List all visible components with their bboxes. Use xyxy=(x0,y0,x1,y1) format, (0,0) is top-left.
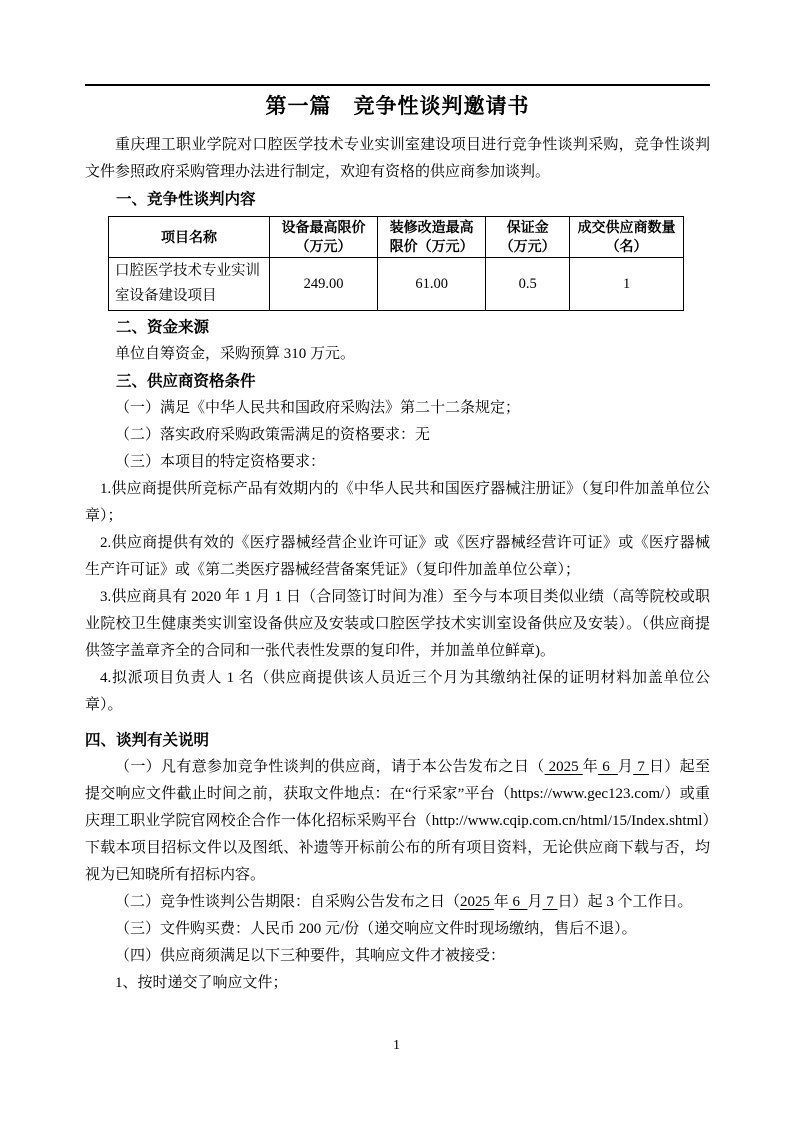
notice-text: （二）竞争性谈判公告期限：自采购公告发布之日（ xyxy=(115,894,460,910)
page-title: 第一篇 竞争性谈判邀请书 xyxy=(85,92,710,122)
qualification-item-5: 2.供应商提供有效的《医疗器械经营企业许可证》或《医疗器械经营许可证》或《医疗器… xyxy=(85,530,710,584)
page-number: 1 xyxy=(0,1036,793,1056)
header-equipment-max-price: 设备最高限价 （万元） xyxy=(270,217,378,258)
document-page: 第一篇 竞争性谈判邀请书 重庆理工职业学院对口腔医学技术专业实训室建设项目进行竞… xyxy=(0,0,793,1122)
qualification-item-3: （三）本项目的特定资格要求： xyxy=(85,449,710,476)
header-deposit: 保证金 （万元） xyxy=(486,217,570,258)
blank-month: 6 xyxy=(509,894,528,910)
negotiation-table-wrapper: 项目名称 设备最高限价 （万元） 装修改造最高 限价（万元） 保证金 （万元） xyxy=(108,216,684,311)
qualification-item-4: 1.供应商提供所竞标产品有效期内的《中华人民共和国医疗器械注册证》（复印件加盖单… xyxy=(85,476,710,530)
qualification-item-2: （二）落实政府采购政策需满足的资格要求：无 xyxy=(85,422,710,449)
blank-day: 7 xyxy=(543,894,558,910)
cell-supplier-count: 1 xyxy=(570,258,684,311)
notice-item-1: （一）凡有意参加竞争性谈判的供应商，请于本公告发布之日（ 2025 年 6 月 … xyxy=(85,754,710,889)
blank-year: 2025 xyxy=(545,759,583,775)
negotiation-table: 项目名称 设备最高限价 （万元） 装修改造最高 限价（万元） 保证金 （万元） xyxy=(108,216,684,311)
notice-text: 日）起至提交响应文件截止时间之前，获取文件地点：在“行采家”平台（https:/… xyxy=(85,759,710,883)
header-line: 装修改造最高 xyxy=(380,218,483,237)
cell-equipment-max-price: 249.00 xyxy=(270,258,378,311)
section-3-heading: 三、供应商资格条件 xyxy=(85,368,710,395)
header-line: （万元） xyxy=(272,237,375,256)
header-line: （名） xyxy=(572,237,681,256)
section-4-heading: 四、谈判有关说明 xyxy=(85,727,710,754)
notice-item-5: 1、按时递交了响应文件； xyxy=(85,970,710,997)
funding-source-text: 单位自筹资金，采购预算 310 万元。 xyxy=(85,341,710,368)
header-rule xyxy=(85,84,710,86)
table-header-row: 项目名称 设备最高限价 （万元） 装修改造最高 限价（万元） 保证金 （万元） xyxy=(109,217,684,258)
header-line: 项目名称 xyxy=(111,228,267,247)
header-project-name: 项目名称 xyxy=(109,217,270,258)
blank-year: 2025 xyxy=(460,894,494,910)
qualification-item-1: （一）满足《中华人民共和国政府采购法》第二十二条规定； xyxy=(85,395,710,422)
year-label: 年 xyxy=(494,894,509,910)
intro-paragraph: 重庆理工职业学院对口腔医学技术专业实训室建设项目进行竞争性谈判采购，竞争性谈判文… xyxy=(85,132,710,186)
cell-renovation-max-price: 61.00 xyxy=(378,258,486,311)
qualification-item-6: 3.供应商具有 2020 年 1 月 1 日（合同签订时间为准）至今与本项目类似… xyxy=(85,584,710,665)
month-label: 月 xyxy=(528,894,543,910)
cell-deposit: 0.5 xyxy=(486,258,570,311)
notice-text: （一）凡有意参加竞争性谈判的供应商，请于本公告发布之日（ xyxy=(115,759,545,775)
section-2-heading: 二、资金来源 xyxy=(85,314,710,341)
cell-project-name: 口腔医学技术专业实训室设备建设项目 xyxy=(109,258,270,311)
header-line: 限价（万元） xyxy=(380,237,483,256)
section-1-heading: 一、竞争性谈判内容 xyxy=(85,186,710,213)
header-line: 保证金 xyxy=(488,218,567,237)
qualification-item-7: 4.拟派项目负责人 1 名（供应商提供该人员近三个月为其缴纳社保的证明材料加盖单… xyxy=(85,665,710,719)
notice-text: 日）起 3 个工作日。 xyxy=(558,894,693,910)
header-supplier-count: 成交供应商数量 （名） xyxy=(570,217,684,258)
blank-month: 6 xyxy=(598,759,618,775)
year-label: 年 xyxy=(583,759,598,775)
header-line: （万元） xyxy=(488,237,567,256)
notice-item-2: （二）竞争性谈判公告期限：自采购公告发布之日（2025 年 6 月 7 日）起 … xyxy=(85,889,710,916)
header-line: 设备最高限价 xyxy=(272,218,375,237)
month-label: 月 xyxy=(618,759,633,775)
blank-day: 7 xyxy=(633,759,649,775)
notice-item-3: （三）文件购买费：人民币 200 元/份（递交响应文件时现场缴纳，售后不退）。 xyxy=(85,916,710,943)
notice-item-4: （四）供应商须满足以下三种要件，其响应文件才被接受： xyxy=(85,943,710,970)
header-line: 成交供应商数量 xyxy=(572,218,681,237)
header-renovation-max-price: 装修改造最高 限价（万元） xyxy=(378,217,486,258)
table-data-row: 口腔医学技术专业实训室设备建设项目 249.00 61.00 0.5 1 xyxy=(109,258,684,311)
